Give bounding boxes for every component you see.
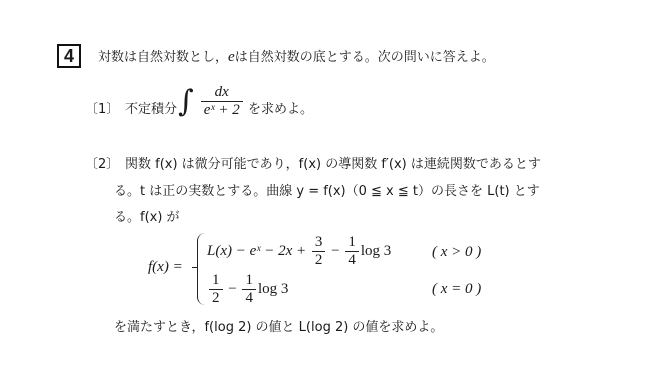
part2-label: 〔2〕 xyxy=(85,153,119,172)
case1-minus: − xyxy=(331,243,339,259)
case2-frac2-num: 1 xyxy=(242,272,256,290)
case2-frac2: 1 4 xyxy=(242,272,256,307)
case2-log: log 3 xyxy=(258,281,288,297)
part1-integral: ∫ dx eˣ + 2 xyxy=(178,84,245,119)
case2-frac1-den: 2 xyxy=(209,290,223,307)
part1-text-after: を求めよ。 xyxy=(248,98,313,117)
intro-e: e xyxy=(228,49,235,65)
case2-frac1-num: 1 xyxy=(209,272,223,290)
part2-line2: る。t は正の実数とする。曲線 y = f(x)（0 ≦ x ≦ t）の長さを … xyxy=(114,180,540,199)
case2-minus: − xyxy=(228,281,236,297)
piecewise-case1: L(x) − eˣ − 2x + 3 2 − 1 4 log 3 xyxy=(207,234,391,269)
case1-log: log 3 xyxy=(361,243,391,259)
case1-frac2: 1 4 xyxy=(345,234,359,269)
case2-frac2-den: 4 xyxy=(242,290,256,307)
problem-intro: 対数は自然対数とし，eは自然対数の底とする。次の問いに答えよ。 xyxy=(98,46,495,66)
piecewise-case2: 1 2 − 1 4 log 3 xyxy=(207,272,288,307)
case1-frac1-num: 3 xyxy=(312,234,326,252)
intro-text: 対数は自然対数とし， xyxy=(98,50,228,65)
intro-rest: は自然対数の底とする。次の問いに答えよ。 xyxy=(235,50,495,65)
part2-closing: を満たすとき，f(log 2) の値と L(log 2) の値を求めよ。 xyxy=(114,316,443,335)
integral-sign: ∫ xyxy=(178,84,194,119)
case2-condition: ( x = 0 ) xyxy=(432,281,481,298)
case1-frac2-den: 4 xyxy=(345,252,359,269)
case1-condition: ( x > 0 ) xyxy=(432,244,481,261)
case1-frac2-num: 1 xyxy=(345,234,359,252)
curly-brace xyxy=(197,233,206,305)
part1-label: 〔1〕 xyxy=(85,98,119,117)
integrand-fraction: dx eˣ + 2 xyxy=(201,84,243,119)
part1-text-before: 不定積分 xyxy=(125,98,177,117)
case1-frac1: 3 2 xyxy=(312,234,326,269)
case1-expr: L(x) − eˣ − 2x + xyxy=(207,243,306,259)
part2-line3: る。f(x) が xyxy=(114,206,180,225)
integrand-denominator: eˣ + 2 xyxy=(201,102,243,119)
part2-line1: 関数 f(x) は微分可能であり，f(x) の導関数 f′(x) は連続関数であ… xyxy=(125,153,541,172)
problem-number-box: 4 xyxy=(57,44,81,68)
integrand-numerator: dx xyxy=(201,84,243,102)
case1-frac1-den: 2 xyxy=(312,252,326,269)
piecewise-lhs: f(x) = xyxy=(148,259,183,276)
case2-frac1: 1 2 xyxy=(209,272,223,307)
